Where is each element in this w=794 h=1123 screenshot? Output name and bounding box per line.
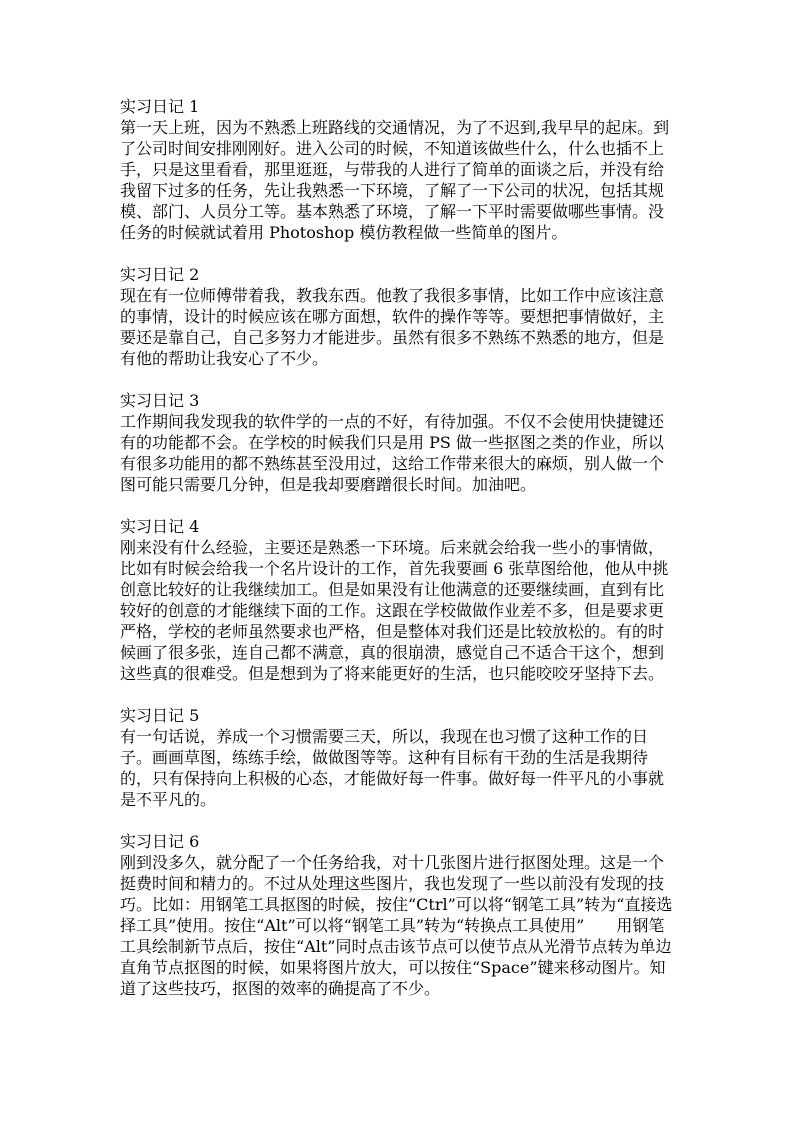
- diary-entry-6-title: 实习日记 6: [120, 831, 676, 852]
- diary-entry-2: 实习日记 2 现在有一位师傅带着我，教我东西。他教了我很多事情，比如工作中应该注…: [120, 264, 676, 369]
- diary-entry-4-body: 刚来没有什么经验，主要还是熟悉一下环境。后来就会给我一些小的事情做，比如有时候会…: [120, 537, 676, 684]
- document-page: 实习日记 1 第一天上班，因为不熟悉上班路线的交通情况，为了不迟到,我早早的起床…: [0, 0, 794, 1123]
- diary-entry-5-title: 实习日记 5: [120, 705, 676, 726]
- diary-entry-5: 实习日记 5 有一句话说，养成一个习惯需要三天，所以，我现在也习惯了这种工作的日…: [120, 705, 676, 810]
- diary-entry-2-body: 现在有一位师傅带着我，教我东西。他教了我很多事情，比如工作中应该注意的事情，设计…: [120, 285, 676, 369]
- diary-entry-3-body: 工作期间我发现我的软件学的一点的不好，有待加强。不仅不会使用快捷键还有的功能都不…: [120, 411, 676, 495]
- diary-entry-1-body: 第一天上班，因为不熟悉上班路线的交通情况，为了不迟到,我早早的起床。到了公司时间…: [120, 117, 676, 243]
- diary-entry-4-title: 实习日记 4: [120, 516, 676, 537]
- diary-entry-4: 实习日记 4 刚来没有什么经验，主要还是熟悉一下环境。后来就会给我一些小的事情做…: [120, 516, 676, 684]
- document-text-block: 实习日记 1 第一天上班，因为不熟悉上班路线的交通情况，为了不迟到,我早早的起床…: [120, 96, 676, 1020]
- diary-entry-3: 实习日记 3 工作期间我发现我的软件学的一点的不好，有待加强。不仅不会使用快捷键…: [120, 390, 676, 495]
- diary-entry-6: 实习日记 6 刚到没多久，就分配了一个任务给我，对十几张图片进行抠图处理。这是一…: [120, 831, 676, 999]
- diary-entry-1: 实习日记 1 第一天上班，因为不熟悉上班路线的交通情况，为了不迟到,我早早的起床…: [120, 96, 676, 243]
- diary-entry-5-body: 有一句话说，养成一个习惯需要三天，所以，我现在也习惯了这种工作的日子。画画草图，…: [120, 726, 676, 810]
- diary-entry-2-title: 实习日记 2: [120, 264, 676, 285]
- diary-entry-1-title: 实习日记 1: [120, 96, 676, 117]
- diary-entry-6-body: 刚到没多久，就分配了一个任务给我，对十几张图片进行抠图处理。这是一个挺费时间和精…: [120, 852, 676, 999]
- diary-entry-3-title: 实习日记 3: [120, 390, 676, 411]
